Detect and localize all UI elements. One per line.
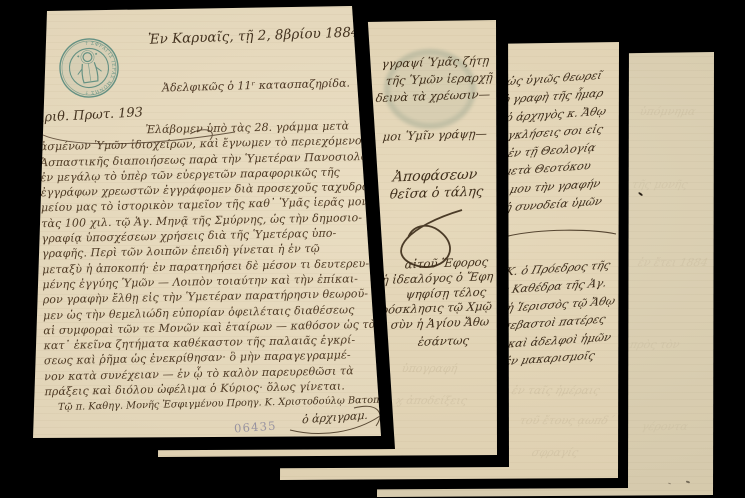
ink-speck	[686, 480, 690, 483]
page3-fragment: μου τὴν γραφήν	[508, 177, 601, 196]
ghost-line: ὑπογραφή	[401, 362, 459, 375]
ghost-line: ὑπόμνημα	[639, 105, 697, 118]
page2-fragment: μοι Ὑμῖν γράψῃ—	[382, 126, 488, 144]
signature-flourish	[284, 400, 389, 440]
page2-fragment: δεινὰ τὰ χρέωσιν—	[375, 87, 491, 105]
ghost-line: ἐν ταῖς ἡμέραις	[510, 384, 601, 397]
page3-fragment: Κ. ὁ Πρόεδρος τῆς	[504, 258, 611, 278]
ghost-line: τῆς μονῆς	[631, 178, 689, 191]
ghost-line: ϗ ἀποδείξεις	[395, 394, 468, 407]
page3-fragment: ἡ γραφὴ τῆς ἧμαρ	[501, 87, 605, 107]
page3-fragment: ὡς ὑγιῶς θεωρεῖ	[505, 69, 603, 88]
page2-fragment: Ἀποφάσεων	[392, 167, 478, 186]
archive-number-pencil: 06435	[234, 419, 277, 436]
page3-fragment: ἡ Ἱερισσὸς τῷ Ἄθῳ	[505, 294, 616, 314]
page2-fragment: σὺν ἡ Ἁγίου Ἄθω	[390, 314, 490, 331]
page2-fragment: θεῖσα ὁ τάλης	[389, 184, 484, 202]
page3-fragment: μετὰ Θεοτόκου	[502, 159, 592, 178]
page3-fragment: ἐν μακαρισμοῖς	[503, 349, 596, 368]
salutation-line: Ἀδελφικῶς ὁ 11ʳ κατασπαζηρίδα.	[162, 77, 350, 95]
ghost-line: ἐν ἔτει 1884	[637, 256, 710, 269]
ghost-line: πρὸς τὸν	[629, 338, 681, 351]
page3-fragment: ὁ ἀρχηγὸς κ. Ἄθῳ	[504, 105, 607, 125]
date-line: Ἐν Καρυαῖς, τῇ 2, 8βρίου 1884.	[148, 24, 364, 48]
ghost-line: σφραγίς	[530, 446, 580, 459]
page3-fragment: ἡ συνοδεία ὑμῶν	[503, 195, 603, 215]
ghost-line: γέροντα	[641, 420, 690, 433]
ink-speck	[638, 192, 643, 197]
page3-fragment: καὶ ἀδελφοὶ ἡμῶν	[506, 330, 612, 350]
page3-flourish	[500, 224, 622, 244]
ink-stamp: † ΣΦΡΑΓΙΣ ΙΕΡΑΣ ΜΟΝΗΣ †	[52, 31, 127, 106]
page2-fragment: γγραψί Ὑμᾶς ζήτῃ	[381, 53, 490, 71]
scan-composite: ὑπόμνημα τῆς μονῆς ἐν ἔτει 1884 πρὸς τὸν…	[0, 0, 745, 498]
page3-fragment: ἐγκλήσεις σοι εἰς	[500, 123, 604, 143]
page2-fragment: ἐσάντως	[417, 333, 470, 349]
page3-fragment: ἐν τῇ Θεολογίᾳ	[506, 141, 597, 160]
page3-fragment: σεβαστοὶ πατέρες	[501, 313, 607, 333]
page2-fragment: τῆς Ὑμῶν ἱεραρχῇ	[385, 70, 493, 88]
letter-body: Ἐλάβομεν ὑπὸ τὰς 28. γράμμα μετὰ ἀσμένων…	[39, 118, 382, 400]
page3-fragment: ἡ Καθέδρα τῆς Ἁγ.	[500, 276, 608, 296]
ink-speck	[668, 483, 671, 485]
ghost-line: τοῦ ἔτους ᾳωπδ΄	[518, 414, 615, 427]
